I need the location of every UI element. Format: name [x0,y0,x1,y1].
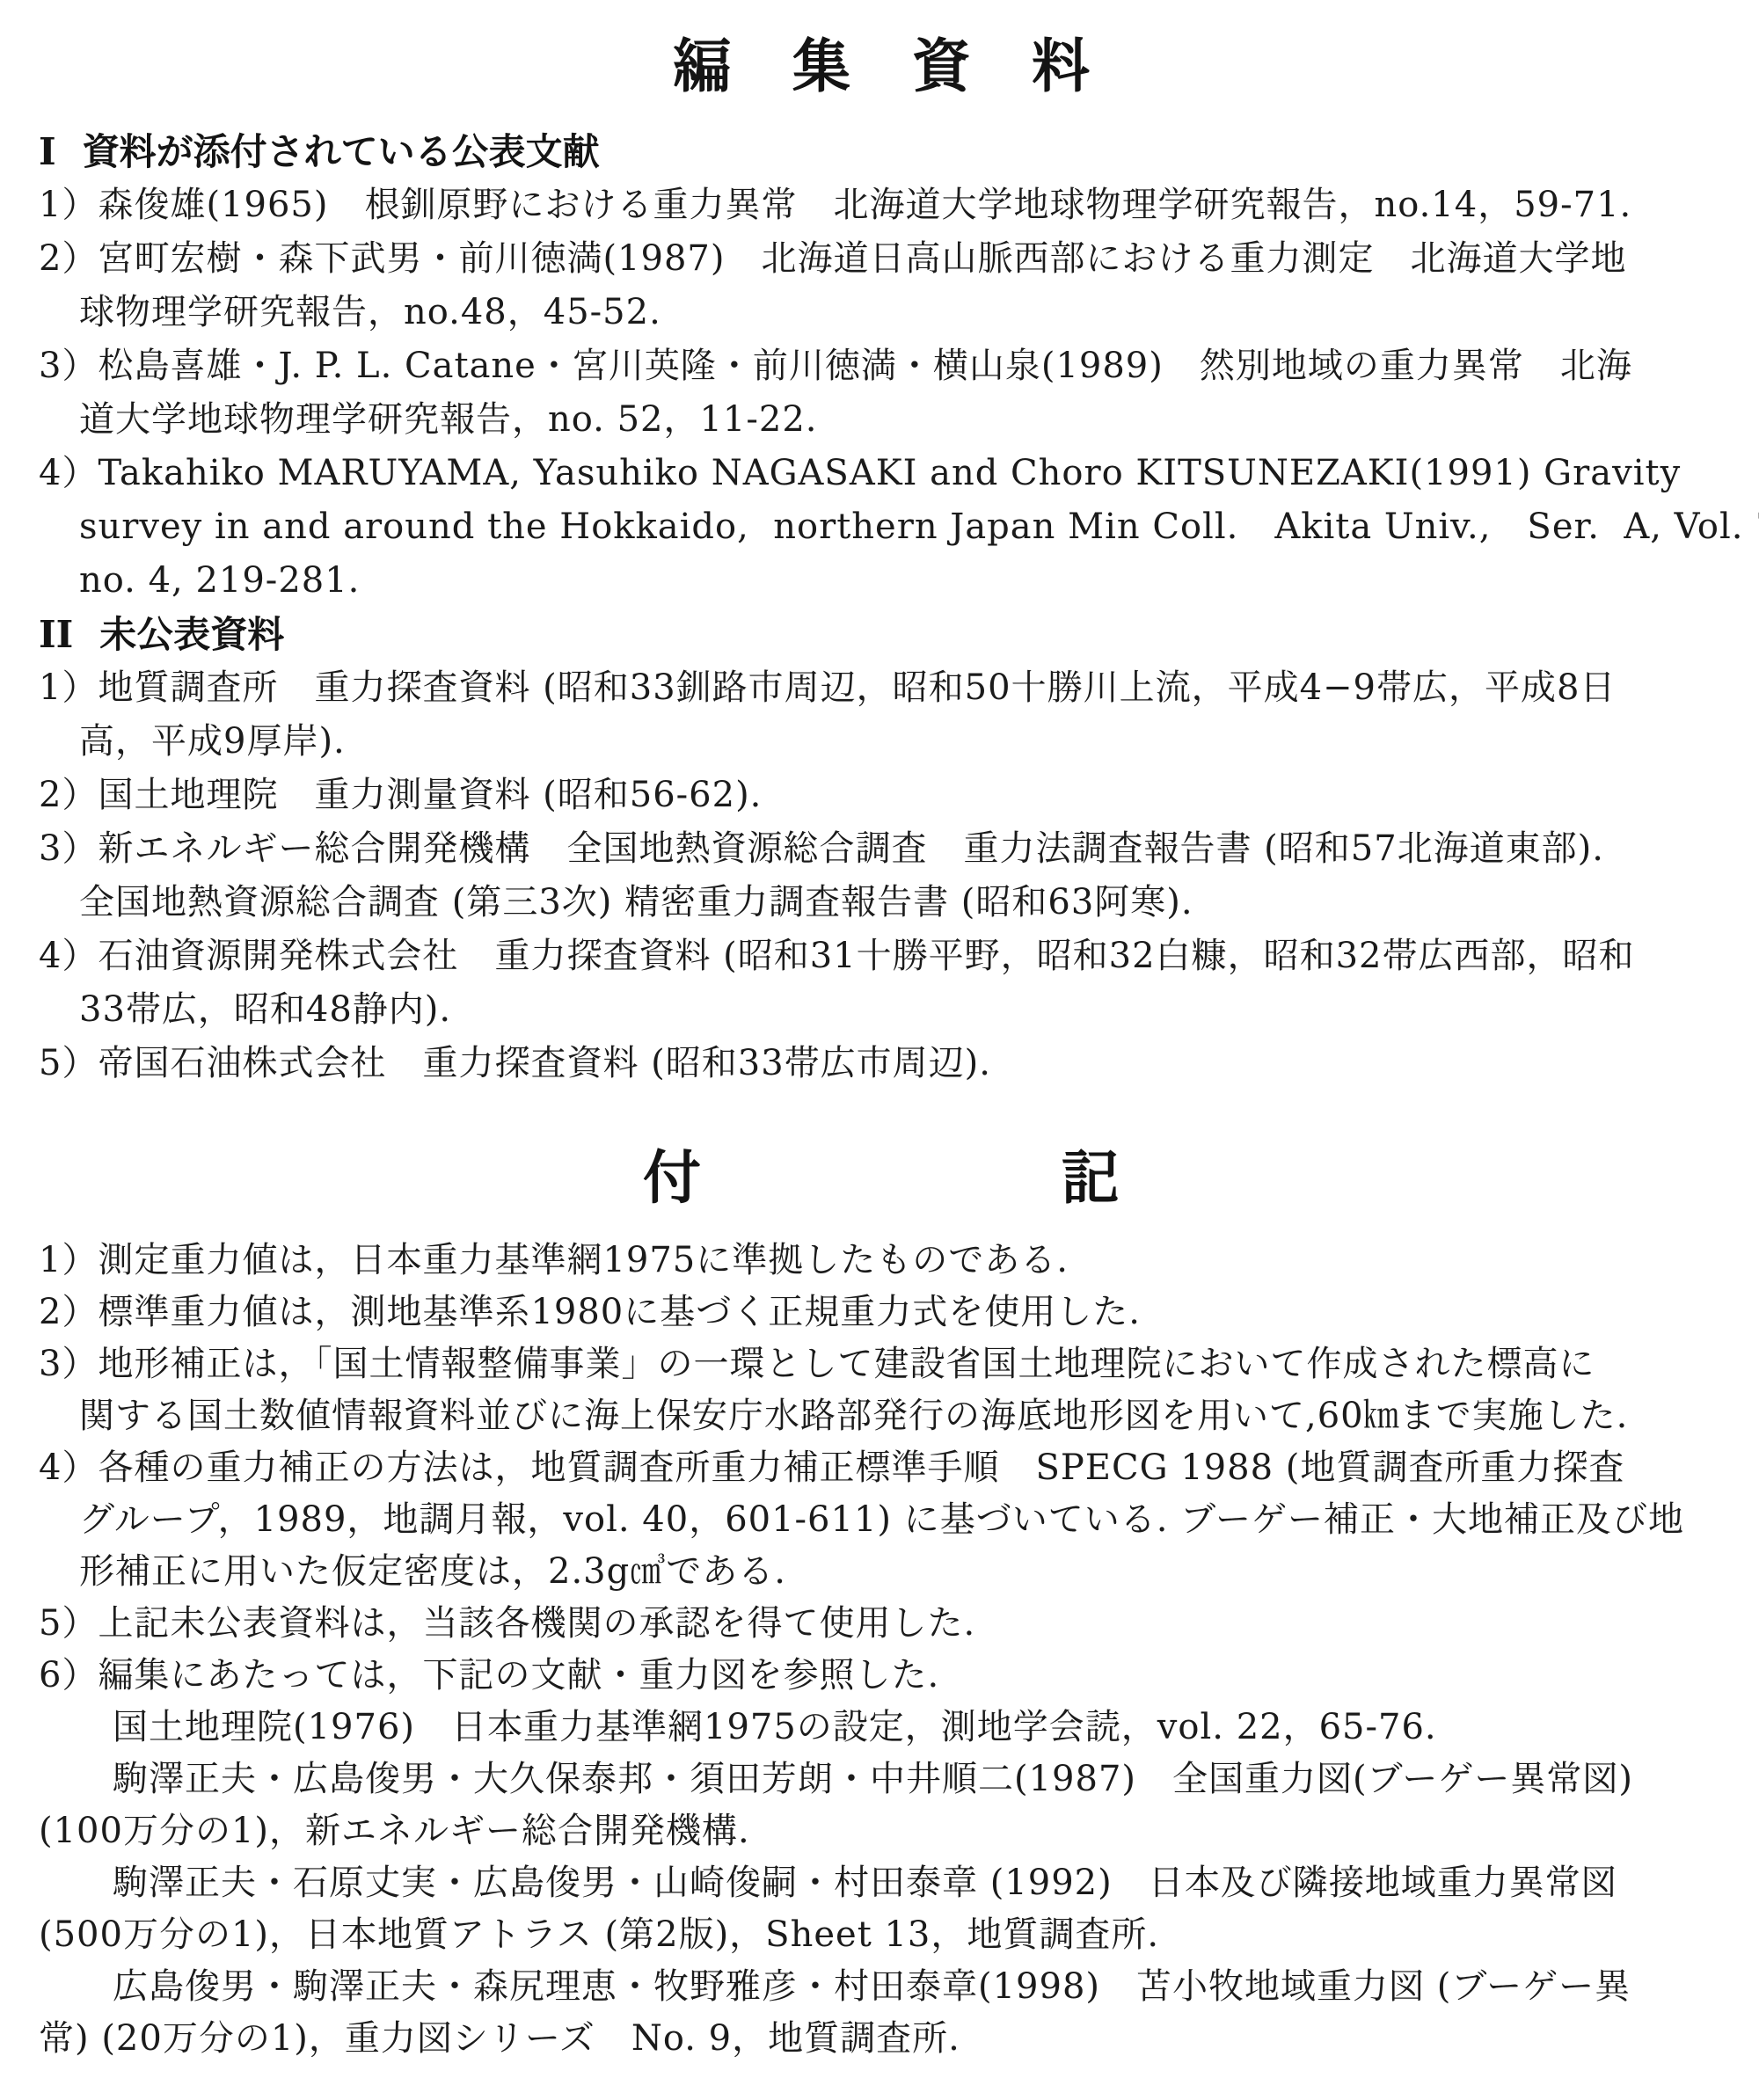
section1-numeral: I [39,125,56,179]
reference-line: 2）国土地理院 重力測量資料 (昭和56-62). [39,769,1726,822]
appendix-item: 3）地形補正は，「国土情報整備事業」の一環として建設省国土地理院において作成され… [39,1338,1726,1442]
reference-line: 高，平成9厚岸). [79,715,1726,769]
reference-item: 5）帝国石油株式会社 重力探査資料 (昭和33帯広市周辺). [39,1037,1726,1090]
appendix-line: 5）上記未公表資料は，当該各機関の承認を得て使用した. [39,1598,1726,1650]
reference-line: 3）新エネルギー総合開発機構 全国地熱資源総合調査 重力法調査報告書 (昭和57… [39,822,1726,876]
cited-reference-line: (500万分の1)，日本地質アトラス (第2版)，Sheet 13，地質調査所. [39,1909,1726,1961]
section2-heading: II 未公表資料 [39,608,1726,661]
reference-item: 2）宮町宏樹・森下武男・前川徳満(1987) 北海道日高山脈西部における重力測定… [39,232,1726,339]
cited-reference: 駒澤正夫・広島俊男・大久保泰邦・須田芳朗・中井順二(1987) 全国重力図(ブー… [39,1754,1726,1857]
cited-reference: 広島俊男・駒澤正夫・森尻理恵・牧野雅彦・村田泰章(1998) 苫小牧地域重力図 … [39,1961,1726,2065]
reference-line: 4）Takahiko MARUYAMA, Yasuhiko NAGASAKI a… [39,447,1726,500]
reference-line: 球物理学研究報告，no.48，45-52. [79,286,1726,339]
reference-item: 4）石油資源開発株式会社 重力探査資料 (昭和31十勝平野，昭和32白糠，昭和3… [39,930,1726,1037]
page-title: 編 集 資 料 [39,35,1726,98]
cited-reference-line: 駒澤正夫・石原丈実・広島俊男・山崎俊嗣・村田泰章 (1992) 日本及び隣接地域… [113,1857,1726,1909]
reference-line: 5）帝国石油株式会社 重力探査資料 (昭和33帯広市周辺). [39,1037,1726,1090]
appendix-item: 4）各種の重力補正の方法は，地質調査所重力補正標準手順 SPECG 1988 (… [39,1442,1726,1598]
cited-reference-line: (100万分の1)，新エネルギー総合開発機構. [39,1805,1726,1857]
reference-line: 全国地熱資源総合調査 (第三3次) 精密重力調査報告書 (昭和63阿寒). [79,876,1726,930]
reference-item: 3）新エネルギー総合開発機構 全国地熱資源総合調査 重力法調査報告書 (昭和57… [39,822,1726,930]
appendix-item: 1）測定重力値は，日本重力基準網1975に準拠したものである. [39,1235,1726,1287]
reference-line: 2）宮町宏樹・森下武男・前川徳満(1987) 北海道日高山脈西部における重力測定… [39,232,1726,286]
section-unpublished-sources: II 未公表資料 1）地質調査所 重力探査資料 (昭和33釧路市周辺，昭和50十… [39,608,1726,1090]
appendix-line: 6）編集にあたっては，下記の文献・重力図を参照した. [39,1650,1726,1702]
appendix-line: 4）各種の重力補正の方法は，地質調査所重力補正標準手順 SPECG 1988 (… [39,1442,1726,1494]
section1-heading-label: 資料が添付されている公表文献 [83,125,600,179]
reference-line: 3）松島喜雄・J. P. L. Catane・宮川英隆・前川徳満・横山泉(198… [39,339,1726,393]
reference-line: 4）石油資源開発株式会社 重力探査資料 (昭和31十勝平野，昭和32白糠，昭和3… [39,930,1726,983]
appendix-item: 6）編集にあたっては，下記の文献・重力図を参照した. [39,1650,1726,1702]
reference-item: 4）Takahiko MARUYAMA, Yasuhiko NAGASAKI a… [39,447,1726,608]
cited-reference-line: 国土地理院(1976) 日本重力基準網1975の設定，測地学会読，vol. 22… [113,1702,1726,1754]
appendix-line: 関する国土数値情報資料並びに海上保安庁水路部発行の海底地形図を用いて,60㎞まで… [79,1390,1726,1442]
appendix-line: グループ，1989，地調月報，vol. 40，601-611) に基づいている.… [79,1494,1726,1546]
reference-line: survey in and around the Hokkaido, north… [79,500,1726,554]
reference-item: 1）森俊雄(1965) 根釧原野における重力異常 北海道大学地球物理学研究報告，… [39,179,1726,232]
section-published-sources: I 資料が添付されている公表文献 1）森俊雄(1965) 根釧原野における重力異… [39,125,1726,608]
section2-numeral: II [39,608,73,661]
document-page: 編 集 資 料 I 資料が添付されている公表文献 1）森俊雄(1965) 根釧原… [0,0,1759,2100]
reference-line: no. 4, 219-281. [79,554,1726,608]
cited-reference: 駒澤正夫・石原丈実・広島俊男・山崎俊嗣・村田泰章 (1992) 日本及び隣接地域… [39,1857,1726,1961]
appendix-line: 形補正に用いた仮定密度は，2.3g㎤である. [79,1546,1726,1598]
appendix-item: 2）標準重力値は，測地基準系1980に基づく正規重力式を使用した. [39,1287,1726,1338]
cited-reference: 国土地理院(1976) 日本重力基準網1975の設定，測地学会読，vol. 22… [39,1702,1726,1754]
reference-line: 1）地質調査所 重力探査資料 (昭和33釧路市周辺，昭和50十勝川上流，平成4−… [39,661,1726,715]
appendix-line: 1）測定重力値は，日本重力基準網1975に準拠したものである. [39,1235,1726,1287]
reference-item: 2）国土地理院 重力測量資料 (昭和56-62). [39,769,1726,822]
cited-reference-line: 広島俊男・駒澤正夫・森尻理恵・牧野雅彦・村田泰章(1998) 苫小牧地域重力図 … [113,1961,1726,2013]
appendix-title: 付 記 [39,1147,1726,1210]
section1-heading: I 資料が添付されている公表文献 [39,125,1726,179]
cited-reference-line: 常) (20万分の1)，重力図シリーズ No. 9，地質調査所. [39,2013,1726,2065]
cited-reference-line: 駒澤正夫・広島俊男・大久保泰邦・須田芳朗・中井順二(1987) 全国重力図(ブー… [113,1754,1726,1805]
appendix-line: 3）地形補正は，「国土情報整備事業」の一環として建設省国土地理院において作成され… [39,1338,1726,1390]
section-appendix: 付 記 1）測定重力値は，日本重力基準網1975に準拠したものである. 2）標準… [39,1147,1726,2065]
reference-line: 33帯広，昭和48静内). [79,983,1726,1037]
reference-line: 道大学地球物理学研究報告，no. 52，11-22. [79,393,1726,447]
reference-line: 1）森俊雄(1965) 根釧原野における重力異常 北海道大学地球物理学研究報告，… [39,179,1726,232]
appendix-item: 5）上記未公表資料は，当該各機関の承認を得て使用した. [39,1598,1726,1650]
section2-heading-label: 未公表資料 [99,608,284,661]
appendix-line: 2）標準重力値は，測地基準系1980に基づく正規重力式を使用した. [39,1287,1726,1338]
reference-item: 1）地質調査所 重力探査資料 (昭和33釧路市周辺，昭和50十勝川上流，平成4−… [39,661,1726,769]
reference-item: 3）松島喜雄・J. P. L. Catane・宮川英隆・前川徳満・横山泉(198… [39,339,1726,447]
